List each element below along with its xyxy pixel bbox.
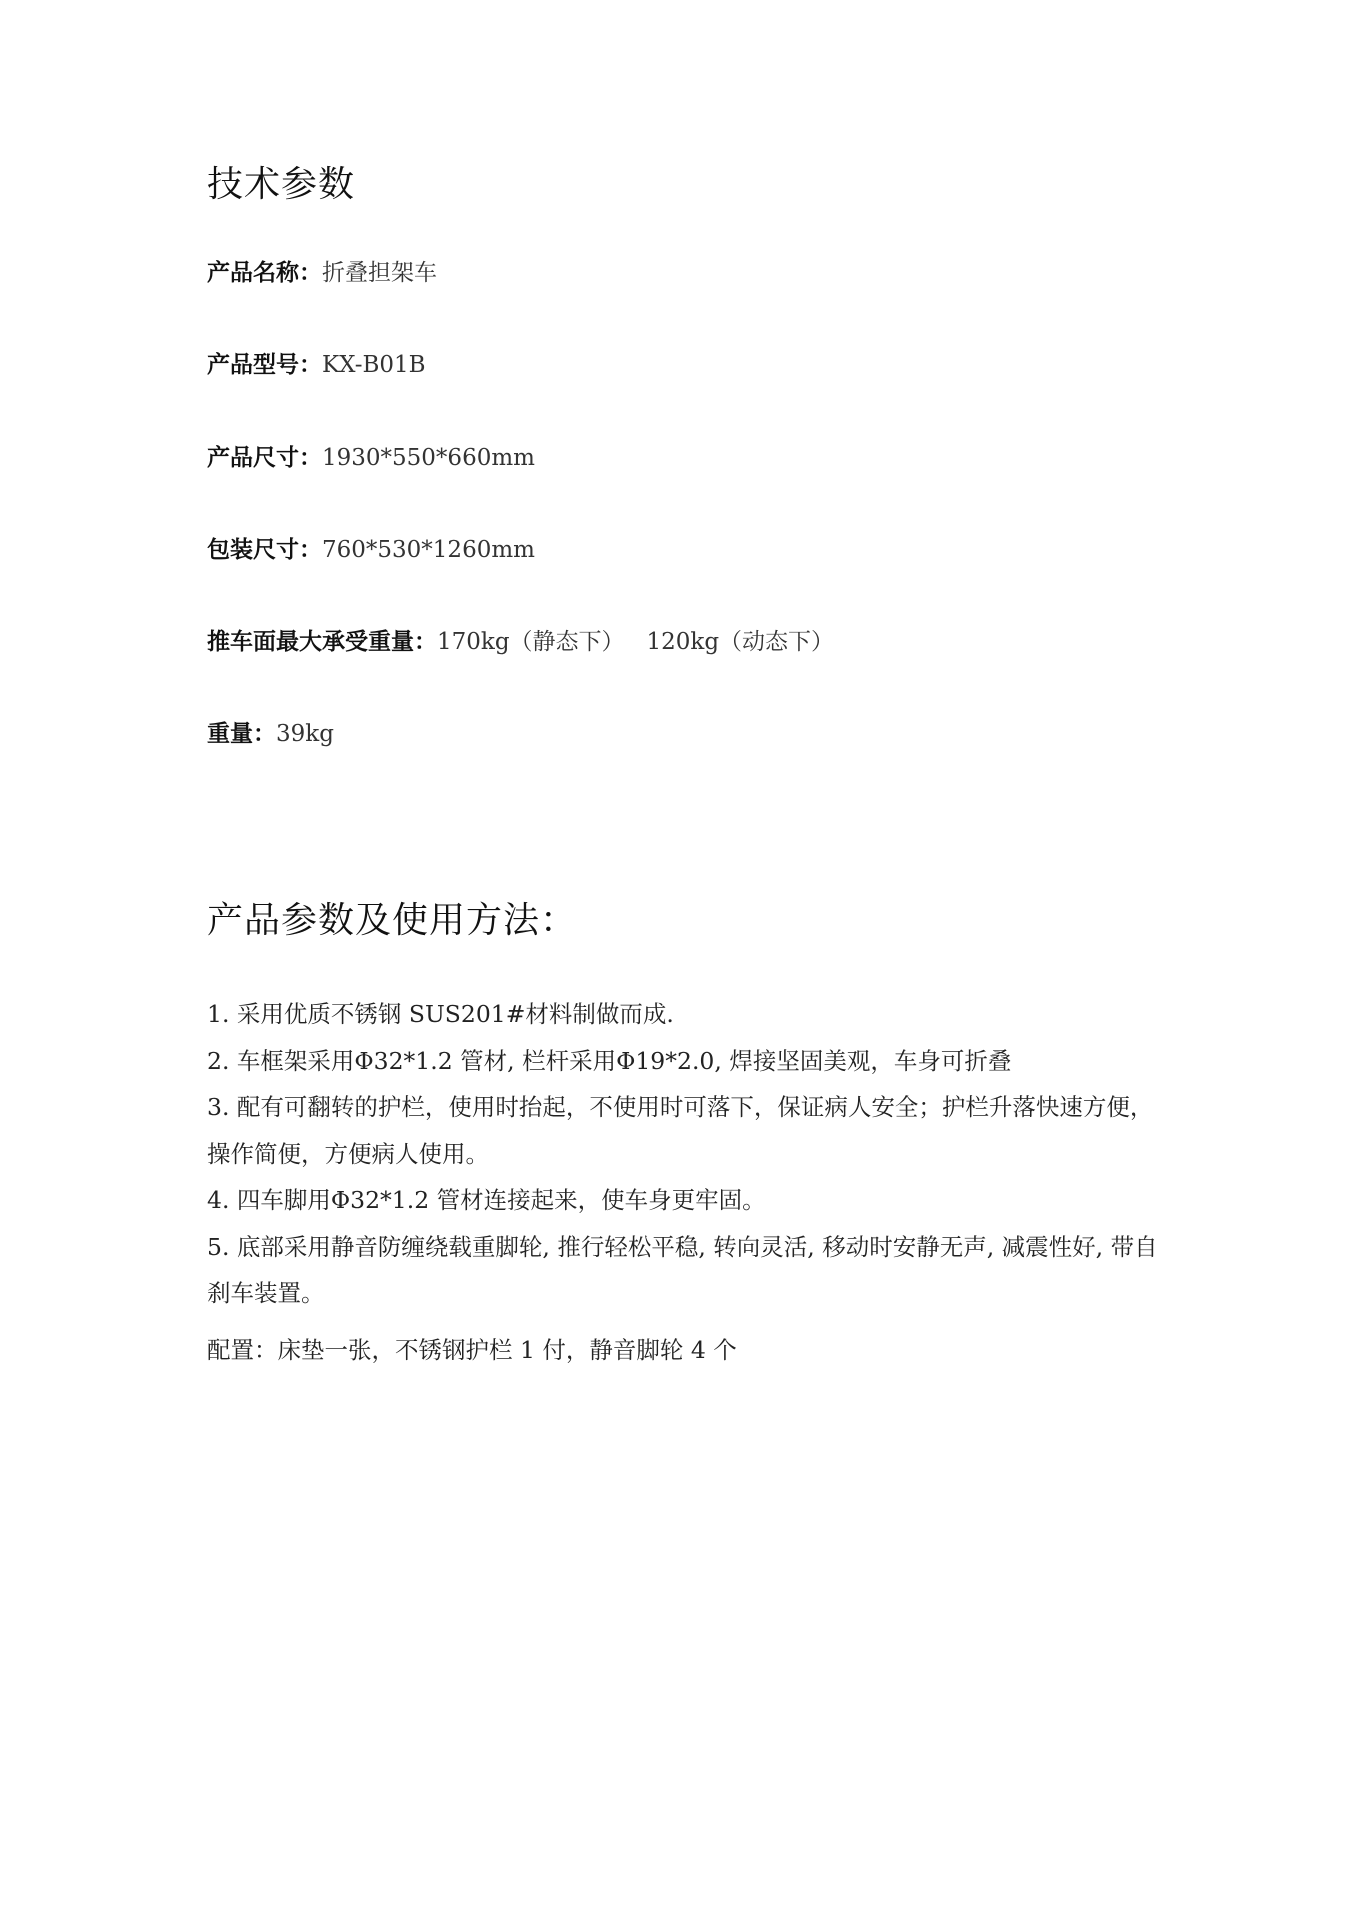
spec-weight: 重量：39kg	[207, 719, 334, 749]
spec-label: 包装尺寸：	[207, 537, 322, 563]
spec-label: 重量：	[207, 721, 276, 747]
spec-package-size: 包装尺寸：760*530*1260mm	[207, 535, 535, 565]
spec-max-load: 推车面最大承受重量：170kg（静态下） 120kg（动态下）	[207, 627, 834, 657]
spec-value: KX-B01B	[322, 352, 426, 378]
spec-product-size: 产品尺寸：1930*550*660mm	[207, 443, 535, 473]
spec-value: 760*530*1260mm	[322, 537, 535, 563]
spec-label: 产品型号：	[207, 352, 322, 378]
usage-list: 1. 采用优质不锈钢 SUS201#材料制做而成. 2. 车框架采用Φ32*1.…	[207, 991, 1167, 1317]
usage-item: 4. 四车脚用Φ32*1.2 管材连接起来，使车身更牢固。	[207, 1177, 1167, 1224]
usage-item: 5. 底部采用静音防缠绕载重脚轮, 推行轻松平稳, 转向灵活, 移动时安静无声,…	[207, 1224, 1167, 1317]
spec-label: 产品名称：	[207, 260, 322, 286]
spec-product-name: 产品名称：折叠担架车	[207, 258, 437, 288]
spec-value: 折叠担架车	[322, 260, 437, 286]
spec-value: 39kg	[276, 721, 334, 747]
spec-label: 推车面最大承受重量：	[207, 629, 437, 655]
document-page: 技术参数 产品名称：折叠担架车 产品型号：KX-B01B 产品尺寸：1930*5…	[0, 0, 1357, 1920]
configuration-line: 配置：床垫一张，不锈钢护栏 1 付，静音脚轮 4 个	[207, 1331, 737, 1365]
usage-item: 2. 车框架采用Φ32*1.2 管材, 栏杆采用Φ19*2.0, 焊接坚固美观，…	[207, 1038, 1167, 1085]
section-title-tech-params: 技术参数	[207, 156, 355, 207]
section-title-usage: 产品参数及使用方法：	[207, 892, 577, 943]
usage-item: 1. 采用优质不锈钢 SUS201#材料制做而成.	[207, 991, 1167, 1038]
spec-value: 170kg（静态下） 120kg（动态下）	[437, 629, 834, 655]
spec-value: 1930*550*660mm	[322, 445, 535, 471]
usage-item: 3. 配有可翻转的护栏，使用时抬起，不使用时可落下，保证病人安全；护栏升落快速方…	[207, 1084, 1167, 1177]
spec-product-model: 产品型号：KX-B01B	[207, 350, 426, 380]
spec-label: 产品尺寸：	[207, 445, 322, 471]
